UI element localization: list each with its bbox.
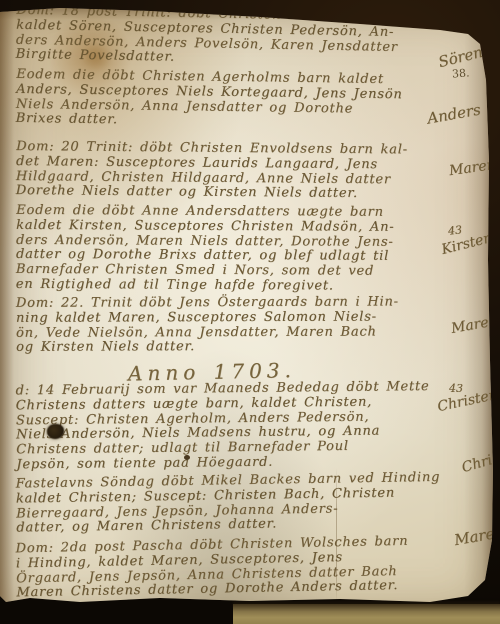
baptism-entry: Dom: 2da post Pascha döbt Christen Wolsc… xyxy=(15,533,468,601)
text-line: og Kirsten Niels datter. xyxy=(16,340,468,356)
manuscript-page: Dom: 18 post Trinit: döbt Christen Povel… xyxy=(0,0,500,624)
margin-note: 43 xyxy=(447,223,462,237)
text-line: Dorethe Niels datter og Kirsten Niels da… xyxy=(16,185,468,204)
page-number: 38. xyxy=(452,66,470,80)
baptism-entry: d: 14 Februarij som var Maaneds Bededag … xyxy=(16,379,469,473)
manuscript-text: Dom: 18 post Trinit: döbt Christen Povel… xyxy=(16,8,468,597)
baptism-entry: Dom: 22. Trinit döbt Jens Östergaards ba… xyxy=(16,296,468,357)
baptism-entry: Eodem die döbt Anne Andersdatters uægte … xyxy=(16,203,468,294)
photo-frame: Dom: 18 post Trinit: döbt Christen Povel… xyxy=(0,0,500,624)
ink-spot xyxy=(184,455,190,460)
text-line: en Rigtighed ad til Tinge hafde foregive… xyxy=(16,277,468,294)
baptism-entry: Dom: 20 Trinit: döbt Christen Envoldsens… xyxy=(16,140,468,203)
table-surface xyxy=(233,604,500,624)
paper-crease xyxy=(336,468,337,602)
baptism-entry: Eodem die döbt Christen Agerholms barn k… xyxy=(16,68,469,133)
baptism-entry: Dom: 18 post Trinit: döbt Christen Povel… xyxy=(15,4,468,72)
baptism-entry: Fastelavns Söndag döbt Mikel Backes barn… xyxy=(16,471,469,537)
